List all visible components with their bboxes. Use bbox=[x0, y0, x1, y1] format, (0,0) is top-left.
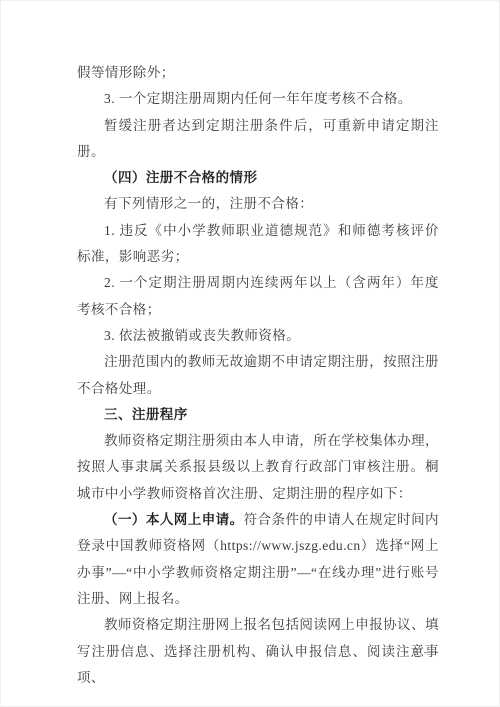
section-heading: 三、注册程序 bbox=[77, 402, 439, 428]
paragraph: （一）本人网上申请。符合条件的申请人在规定时间内登录中国教师资格网（https:… bbox=[77, 507, 439, 612]
page-number: - 3 - bbox=[405, 648, 428, 658]
paragraph: 教师资格定期注册须由本人申请，所在学校集体办理，按照人事隶属关系报县级以上教育行… bbox=[77, 428, 439, 507]
document-page: 假等情形除外；3. 一个定期注册周期内任何一年年度考核不合格。暂缓注册者达到定期… bbox=[0, 0, 500, 707]
paragraph: 注册范围内的教师无故逾期不申请定期注册，按照注册不合格处理。 bbox=[77, 349, 439, 402]
paragraph: 1. 违反《中小学教师职业道德规范》和师德考核评价标准，影响恶劣； bbox=[77, 218, 439, 271]
paragraph: 3. 一个定期注册周期内任何一年年度考核不合格。 bbox=[77, 86, 439, 112]
paragraph: 暂缓注册者达到定期注册条件后，可重新申请定期注册。 bbox=[77, 113, 439, 166]
bold-lead: （一）本人网上申请。 bbox=[104, 512, 244, 527]
paragraph: 教师资格定期注册网上报名包括阅读网上申报协议、填写注册信息、选择注册机构、确认申… bbox=[77, 612, 439, 691]
paragraph: 有下列情形之一的，注册不合格： bbox=[77, 191, 439, 217]
section-heading: （四）注册不合格的情形 bbox=[77, 165, 439, 191]
paragraph: 3. 依法被撤销或丧失教师资格。 bbox=[77, 323, 439, 349]
paragraph: 2. 一个定期注册周期内连续两年以上（含两年）年度考核不合格； bbox=[77, 270, 439, 323]
page-body: 假等情形除外；3. 一个定期注册周期内任何一年年度考核不合格。暂缓注册者达到定期… bbox=[77, 60, 439, 691]
paragraph: 假等情形除外； bbox=[77, 60, 439, 86]
